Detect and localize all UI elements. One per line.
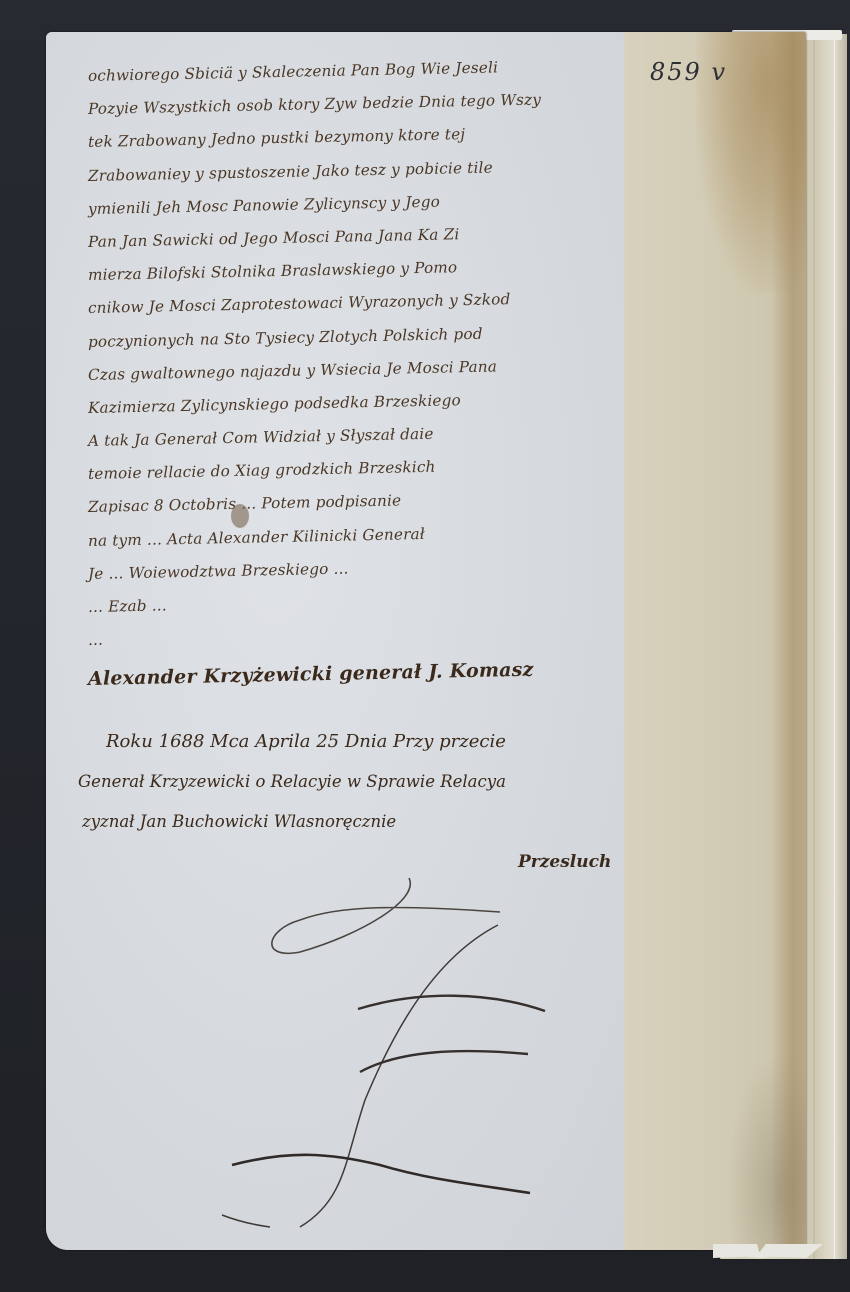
- leaf-fold-line: [813, 34, 815, 1259]
- paper-tab-bottom: [713, 1244, 823, 1258]
- registration-entry: Roku 1688 Mca Aprila 25 Dnia Przy przeci…: [78, 722, 758, 882]
- entry-signature: Przesluch: [78, 842, 758, 882]
- water-stain-bottom: [726, 1052, 806, 1250]
- entry-line: zyznał Jan Buchowicki Wlasnoręcznie: [78, 802, 758, 842]
- manuscript-body: ochwiorego Sbiciä y Skaleczenia Pan Bog …: [88, 60, 728, 701]
- entry-date-line: Roku 1688 Mca Aprila 25 Dnia Przy przeci…: [78, 722, 758, 762]
- entry-line: Generał Krzyzewicki o Relacyie w Sprawie…: [78, 762, 758, 802]
- leaf-fold-highlight: [834, 34, 835, 1259]
